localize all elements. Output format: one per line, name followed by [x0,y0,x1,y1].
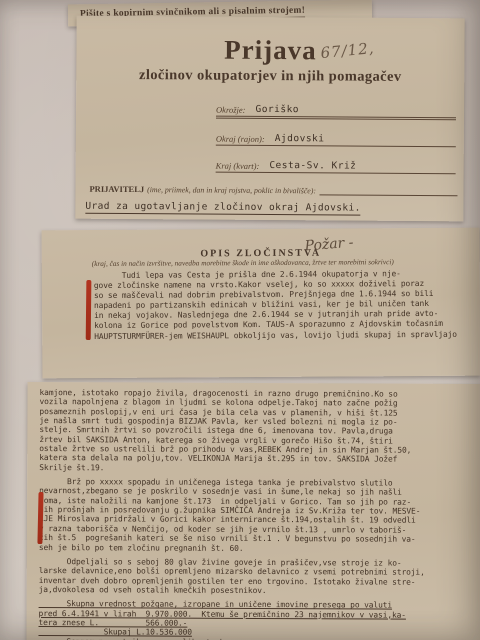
field-kraj-value: Cesta-Sv. Križ [269,160,356,172]
field-okrozje-label: Okrožje: [216,105,246,115]
field-okraj-label: Okraj (rajon): [216,134,265,144]
field-kraj: Kraj (kvart): Cesta-Sv. Križ [216,157,456,175]
form-subtitle: zločinov okupatorjev in njih pomagačev [76,67,464,87]
report-form-paper: Prijava 67/12, zločinov okupatorjev in n… [75,16,464,222]
handwritten-crime-type: Požar - [304,235,354,255]
text-line: HAUPTSTURMFÜRER-jem WEISHAUPL obkoljijo … [94,329,480,341]
field-okrozje-value: Goriško [255,104,299,115]
paragraph-deportation: Brž po xxxxx spopadu in uničenega istega… [39,477,480,554]
document-photo: Pišite s kopirnim svinčnikom ali s pisal… [0,0,480,640]
paragraph-looting: Odpeljali so s seboj 80 glav živine gove… [39,557,480,596]
opis-heading: OPIS ZLOČINSTVA [200,248,321,260]
reporter-label: PRIJAVITELJ [89,184,144,194]
form-fields: Okrožje: Goriško Okraj (rajon): Ajdovski… [216,101,456,175]
crime-description-paper: OPIS ZLOČINSTVA Požar - (kraj, čas in na… [42,228,480,379]
continuation-paper: kamjone, istotako ropajo živila, dragoce… [26,382,480,640]
paragraph-damage: kamjone, istotako ropajo živila, dragoce… [39,388,480,474]
opis-paragraph: Tudi lepa vas Cesta je prišla dne 2.6.19… [94,269,480,342]
opis-heading-row: OPIS ZLOČINSTVA Požar - [42,240,480,259]
form-title-row: Prijava 67/12, [76,34,464,68]
form-title: Prijava [224,35,317,66]
reporter-value: Urad za ugotavljanje zločinov okraj Ajdo… [85,201,360,216]
text-line: katera sta delala na polju,tov. VELIKONJ… [39,453,480,464]
field-kraj-label: Kraj (kvart): [216,161,260,171]
handwritten-case-number: 67/12, [320,39,375,62]
totals-section: Skupna vrednost požgane, izropane in uni… [38,599,480,640]
field-okraj-value: Ajdovski [275,133,325,144]
field-okraj: Okraj (rajon): Ajdovski [216,130,456,148]
field-okrozje: Okrožje: Goriško [216,101,456,121]
red-margin-mark [86,280,92,340]
